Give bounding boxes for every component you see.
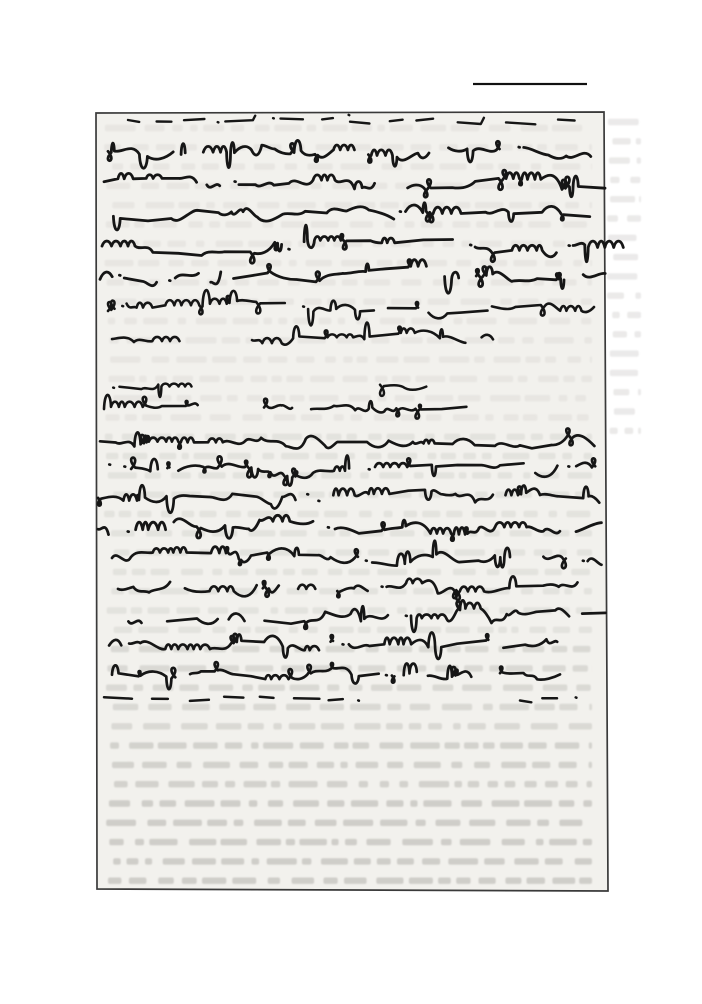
ghost-word xyxy=(524,511,538,517)
ghost-word xyxy=(337,337,364,343)
ghost-word xyxy=(327,685,339,691)
ghost-word xyxy=(411,163,434,169)
ghost-word xyxy=(171,472,191,478)
ghost-word xyxy=(358,665,385,671)
ghost-word xyxy=(289,781,318,787)
ghost-word xyxy=(445,742,460,748)
ghost-word xyxy=(409,723,422,729)
ghost-word xyxy=(371,685,392,691)
ghost-word xyxy=(356,762,379,768)
ghost-word xyxy=(500,742,523,748)
ghost-word xyxy=(630,177,640,183)
ghost-word xyxy=(500,704,530,710)
ghost-word xyxy=(327,781,348,787)
ghost-word xyxy=(380,318,405,324)
ghost-word xyxy=(142,762,167,768)
ghost-word xyxy=(494,221,522,227)
ghost-word xyxy=(612,312,620,318)
ghost-word xyxy=(271,607,279,613)
ghost-word xyxy=(225,781,235,787)
ghost-word xyxy=(110,356,140,362)
ghost-word xyxy=(192,858,216,864)
ghost-word xyxy=(441,839,452,845)
ghost-word xyxy=(464,742,479,748)
ghost-word xyxy=(404,511,417,517)
ghost-word xyxy=(210,414,231,420)
ghost-word xyxy=(272,376,282,382)
ghost-word xyxy=(360,472,369,478)
ghost-word xyxy=(555,742,580,748)
ghost-word xyxy=(113,299,136,305)
ghost-word xyxy=(106,414,120,420)
ghost-word xyxy=(575,858,592,864)
ghost-word xyxy=(238,627,251,633)
ghost-word xyxy=(364,279,390,285)
ghost-word xyxy=(323,125,348,131)
ghost-word xyxy=(410,800,417,806)
ghost-word xyxy=(419,781,449,787)
ghost-word xyxy=(549,511,557,517)
ghost-word xyxy=(410,704,431,710)
ghost-word xyxy=(178,627,201,633)
ghost-word xyxy=(435,472,455,478)
ghost-word xyxy=(422,858,440,864)
ghost-word xyxy=(249,800,257,806)
ghost-word xyxy=(143,241,161,247)
ghost-word xyxy=(376,878,403,884)
ghost-word xyxy=(111,723,132,729)
ghost-word xyxy=(538,376,558,382)
ghost-word xyxy=(422,511,440,517)
ghost-word xyxy=(207,820,227,826)
ghost-word xyxy=(202,163,219,169)
ghost-word xyxy=(377,260,393,266)
ghost-word xyxy=(254,820,282,826)
ghost-word xyxy=(317,762,334,768)
ghost-word xyxy=(135,839,144,845)
ghost-word xyxy=(145,125,165,131)
ghost-word xyxy=(109,839,123,845)
ghost-word xyxy=(251,742,258,748)
ghost-word xyxy=(552,646,568,652)
ghost-word xyxy=(552,163,580,169)
ghost-word xyxy=(156,144,176,150)
ghost-word xyxy=(153,221,177,227)
ghost-word xyxy=(571,569,590,575)
ghost-word xyxy=(202,878,226,884)
ghost-word xyxy=(327,800,344,806)
ghost-word xyxy=(196,241,204,247)
ghost-word xyxy=(382,163,403,169)
ghost-word xyxy=(384,511,393,517)
ghost-word xyxy=(256,839,281,845)
ghost-word xyxy=(318,530,335,536)
ghost-word xyxy=(345,839,357,845)
ghost-word xyxy=(194,453,218,459)
ghost-word xyxy=(111,530,135,536)
ghost-word xyxy=(537,820,549,826)
ghost-word xyxy=(301,414,322,420)
ghost-word xyxy=(504,414,519,420)
ghost-word xyxy=(380,781,389,787)
ghost-word xyxy=(135,781,158,787)
ghost-word xyxy=(489,125,511,131)
ghost-word xyxy=(454,781,462,787)
ghost-word xyxy=(502,839,525,845)
ghost-word xyxy=(338,318,345,324)
ghost-word xyxy=(566,781,578,787)
ghost-word xyxy=(321,723,344,729)
ghost-word xyxy=(302,569,318,575)
ghost-text-row xyxy=(613,254,638,260)
ghost-word xyxy=(171,279,199,285)
ghost-word xyxy=(446,511,462,517)
ghost-word xyxy=(315,820,337,826)
ghost-word xyxy=(285,163,297,169)
ghost-word xyxy=(607,273,637,279)
ghost-word xyxy=(552,878,575,884)
ghost-text-row xyxy=(105,260,592,266)
ghost-word xyxy=(199,511,216,517)
ghost-text-row xyxy=(607,273,637,279)
ghost-word xyxy=(442,704,472,710)
ghost-word xyxy=(282,241,291,247)
ghost-word xyxy=(627,215,641,221)
ghost-word xyxy=(145,472,161,478)
ghost-word xyxy=(492,800,520,806)
ghost-word xyxy=(397,858,414,864)
ghost-word xyxy=(146,202,175,208)
ghost-word xyxy=(474,356,485,362)
ghost-word xyxy=(613,254,638,260)
ghost-word xyxy=(474,762,490,768)
ghost-word xyxy=(149,839,177,845)
ghost-word xyxy=(589,762,592,768)
ghost-word xyxy=(299,839,327,845)
ghost-word xyxy=(577,549,592,555)
ghost-word xyxy=(268,878,280,884)
ghost-word xyxy=(272,434,302,440)
ghost-word xyxy=(208,607,228,613)
ghost-word xyxy=(568,356,582,362)
ghost-word xyxy=(296,356,314,362)
ghost-word xyxy=(414,762,441,768)
ghost-word xyxy=(534,704,555,710)
ghost-word xyxy=(359,781,368,787)
ghost-word xyxy=(639,196,641,202)
ghost-word xyxy=(608,235,637,241)
ghost-word xyxy=(573,260,582,266)
ghost-word xyxy=(251,376,268,382)
ghost-word xyxy=(263,742,293,748)
ghost-word xyxy=(443,241,455,247)
ghost-word xyxy=(252,858,260,864)
ghost-word xyxy=(203,125,224,131)
ghost-text-row xyxy=(608,235,637,241)
ghost-word xyxy=(342,279,358,285)
header-rule xyxy=(473,83,587,85)
ghost-word xyxy=(614,408,635,414)
ghost-word xyxy=(404,356,430,362)
ghost-word xyxy=(590,356,592,362)
ghost-word xyxy=(609,157,630,163)
ghost-word xyxy=(363,299,385,305)
ghost-word xyxy=(182,878,197,884)
ghost-word xyxy=(107,279,124,285)
ghost-word xyxy=(610,428,618,434)
ghost-word xyxy=(264,318,273,324)
ghost-word xyxy=(308,163,333,169)
ghost-word xyxy=(225,742,243,748)
ghost-word xyxy=(498,472,512,478)
ghost-word xyxy=(152,356,170,362)
ghost-word xyxy=(377,627,406,633)
ghost-word xyxy=(637,157,641,163)
ghost-word xyxy=(545,781,558,787)
ghost-word xyxy=(138,627,168,633)
ghost-word xyxy=(182,453,189,459)
ghost-word xyxy=(534,549,553,555)
ghost-word xyxy=(293,800,319,806)
ghost-word xyxy=(196,318,227,324)
ghost-word xyxy=(544,337,574,343)
ghost-word xyxy=(293,318,309,324)
ghost-word xyxy=(388,453,418,459)
ghost-word xyxy=(440,163,467,169)
ghost-word xyxy=(350,704,381,710)
ghost-word xyxy=(388,646,413,652)
ghost-word xyxy=(581,299,592,305)
ghost-text-row xyxy=(609,157,641,163)
ghost-word xyxy=(114,781,128,787)
ghost-word xyxy=(587,781,592,787)
ghost-word xyxy=(523,414,538,420)
ghost-word xyxy=(433,685,454,691)
ghost-word xyxy=(225,221,251,227)
ghost-word xyxy=(506,820,530,826)
ghost-word xyxy=(127,858,139,864)
ghost-word xyxy=(349,395,372,401)
ghost-text-row xyxy=(610,370,638,376)
ghost-word xyxy=(124,318,137,324)
ghost-word xyxy=(509,202,532,208)
ghost-word xyxy=(320,704,344,710)
ghost-word xyxy=(219,704,245,710)
ghost-word xyxy=(527,878,546,884)
ghost-word xyxy=(110,742,119,748)
ghost-word xyxy=(454,318,463,324)
ghost-word xyxy=(453,414,479,420)
ghost-word xyxy=(613,331,627,337)
ghost-word xyxy=(243,414,263,420)
ghost-word xyxy=(498,337,515,343)
ghost-word xyxy=(357,356,368,362)
ghost-word xyxy=(579,627,592,633)
ghost-word xyxy=(522,337,534,343)
ghost-word xyxy=(104,511,115,517)
ghost-word xyxy=(375,376,387,382)
ghost-word xyxy=(549,318,570,324)
ghost-word xyxy=(635,331,642,337)
ghost-word xyxy=(339,530,350,536)
ghost-word xyxy=(467,318,497,324)
ghost-word xyxy=(409,878,433,884)
ghost-word xyxy=(283,569,295,575)
ghost-word xyxy=(490,395,521,401)
ghost-word xyxy=(177,607,200,613)
ghost-word xyxy=(138,260,159,266)
ghost-word xyxy=(500,299,512,305)
ghost-word xyxy=(287,202,316,208)
ghost-word xyxy=(390,530,415,536)
ghost-word xyxy=(405,221,415,227)
ghost-word xyxy=(108,472,137,478)
ghost-word xyxy=(148,607,170,613)
ghost-word xyxy=(209,221,220,227)
ghost-word xyxy=(170,414,201,420)
ghost-word xyxy=(581,376,592,382)
ghost-text-row xyxy=(109,376,592,382)
ghost-word xyxy=(112,163,123,169)
ghost-word xyxy=(456,878,470,884)
ghost-word xyxy=(524,781,536,787)
ghost-word xyxy=(280,530,307,536)
ghost-word xyxy=(579,878,592,884)
ghost-word xyxy=(309,395,338,401)
ghost-word xyxy=(108,318,115,324)
ghost-word xyxy=(501,762,526,768)
ghost-word xyxy=(258,685,285,691)
ghost-word xyxy=(612,138,630,144)
ghost-word xyxy=(173,376,193,382)
ghost-word xyxy=(185,800,215,806)
ghost-word xyxy=(256,569,278,575)
ghost-word xyxy=(142,414,162,420)
ghost-word xyxy=(129,878,147,884)
ghost-word xyxy=(168,781,194,787)
ghost-word xyxy=(507,434,525,440)
ghost-word xyxy=(413,588,433,594)
ghost-word xyxy=(232,878,256,884)
ghost-word xyxy=(392,376,411,382)
ghost-word xyxy=(255,125,270,131)
ghost-word xyxy=(584,588,592,594)
ghost-word xyxy=(143,723,170,729)
scanned-book-page xyxy=(0,0,702,1004)
ghost-word xyxy=(244,781,267,787)
ghost-text-row xyxy=(613,331,641,337)
ghost-word xyxy=(222,337,241,343)
ghost-word xyxy=(233,318,259,324)
ghost-word xyxy=(240,762,259,768)
ghost-word xyxy=(216,241,243,247)
ghost-word xyxy=(172,125,182,131)
ghost-word xyxy=(543,685,568,691)
ghost-word xyxy=(397,607,407,613)
ghost-word xyxy=(380,742,404,748)
ghost-text-row xyxy=(614,408,635,414)
ghost-word xyxy=(307,627,318,633)
ghost-word xyxy=(487,569,500,575)
ghost-word xyxy=(352,125,372,131)
ghost-word xyxy=(635,293,641,299)
ghost-word xyxy=(590,260,592,266)
ghost-word xyxy=(610,177,619,183)
ghost-word xyxy=(545,356,556,362)
ghost-word xyxy=(478,627,494,633)
ghost-word xyxy=(553,241,566,247)
ghost-word xyxy=(387,704,401,710)
ghost-word xyxy=(503,685,533,691)
ghost-word xyxy=(153,163,170,169)
ghost-word xyxy=(613,389,629,395)
ghost-word xyxy=(311,183,322,189)
ghost-word xyxy=(531,723,558,729)
ghost-text-row xyxy=(106,820,582,826)
ghost-word xyxy=(523,472,530,478)
ghost-word xyxy=(248,511,275,517)
ghost-word xyxy=(141,183,159,189)
ghost-word xyxy=(508,569,538,575)
ghost-word xyxy=(257,202,279,208)
ghost-word xyxy=(254,163,275,169)
ghost-text-row xyxy=(113,395,586,401)
ghost-word xyxy=(468,781,480,787)
ghost-word xyxy=(147,820,166,826)
ghost-word xyxy=(468,723,486,729)
ghost-word xyxy=(182,511,194,517)
ghost-word xyxy=(269,762,284,768)
ghost-word xyxy=(334,414,344,420)
ghost-word xyxy=(169,260,184,266)
ghost-word xyxy=(390,125,413,131)
ghost-word xyxy=(326,434,341,440)
ghost-word xyxy=(494,723,520,729)
ghost-word xyxy=(384,221,395,227)
ghost-word xyxy=(436,820,461,826)
ghost-word xyxy=(498,163,520,169)
ghost-word xyxy=(428,453,437,459)
ghost-word xyxy=(108,878,121,884)
ghost-word xyxy=(565,202,579,208)
ghost-word xyxy=(292,878,315,884)
ghost-word xyxy=(181,723,208,729)
ghost-word xyxy=(448,858,478,864)
ghost-word xyxy=(610,196,635,202)
ghost-word xyxy=(483,704,493,710)
ghost-word xyxy=(324,511,347,517)
ghost-word xyxy=(518,299,539,305)
ghost-word xyxy=(227,395,238,401)
ghost-word xyxy=(202,781,218,787)
ghost-word xyxy=(472,472,491,478)
ghost-word xyxy=(591,163,592,169)
ghost-word xyxy=(206,202,215,208)
ghost-word xyxy=(555,144,578,150)
ghost-word xyxy=(278,318,287,324)
ghost-word xyxy=(562,453,572,459)
ghost-word xyxy=(158,878,174,884)
ghost-text-row xyxy=(607,215,641,221)
ghost-word xyxy=(148,704,171,710)
ghost-word xyxy=(416,376,446,382)
ghost-word xyxy=(255,627,278,633)
ghost-word xyxy=(479,878,496,884)
ghost-word xyxy=(559,800,575,806)
ghost-word xyxy=(289,627,298,633)
ghost-word xyxy=(111,646,129,652)
ghost-word xyxy=(414,627,441,633)
